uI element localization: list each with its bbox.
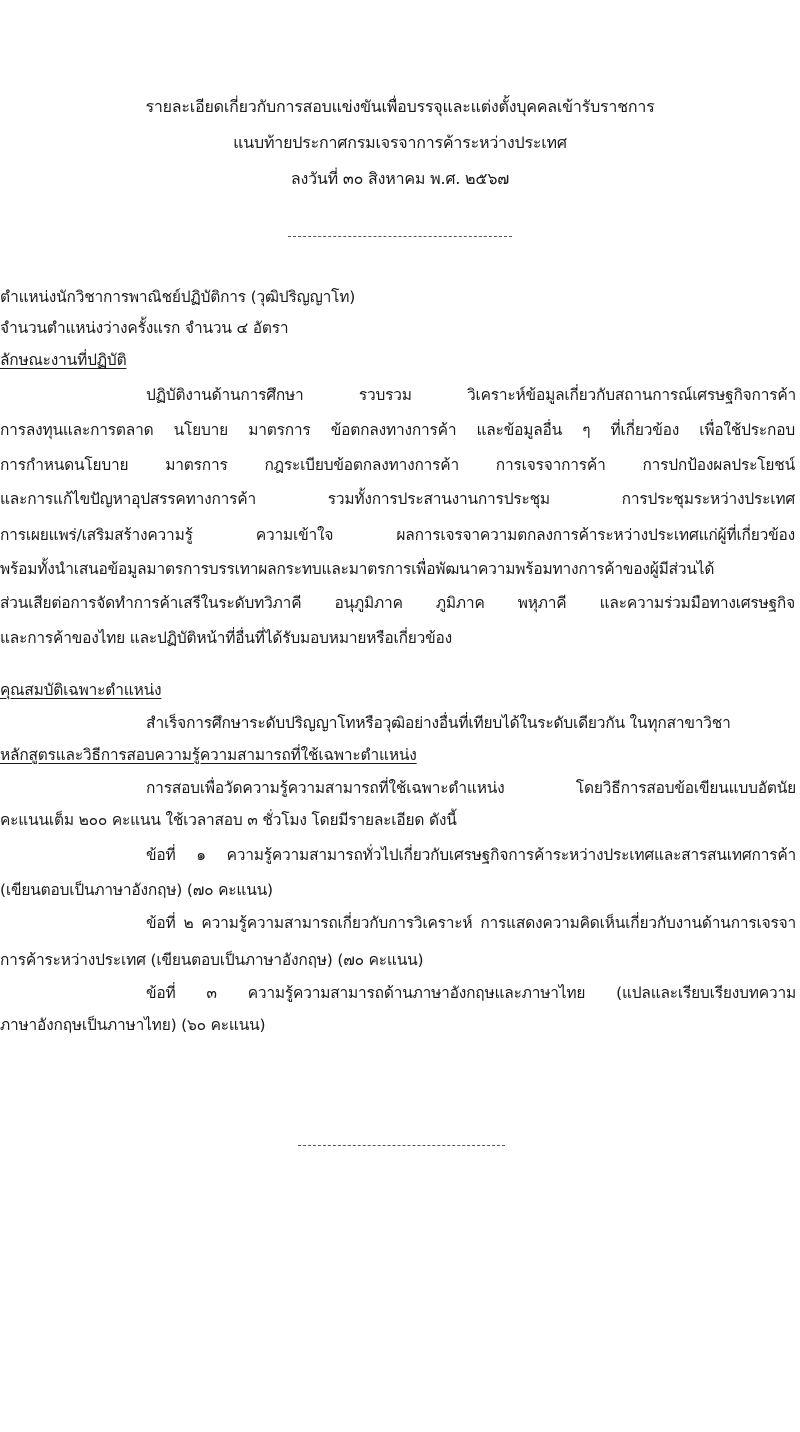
position-title: ตำแหน่งนักวิชาการพาณิชย์ปฏิบัติการ (วุฒิ… [0,287,355,307]
exam-intro-line-1: การสอบเพื่อวัดความรู้ความสามารถที่ใช้เฉพ… [146,778,796,798]
bottom-separator [298,1145,505,1146]
exam-item-3-line-2: ภาษาอังกฤษเป็นภาษาไทย) (๖๐ คะแนน) [0,1015,265,1035]
job-description-line: และการค้าของไทย และปฏิบัติหน้าที่อื่นที่… [0,628,452,648]
vacancy-count: จำนวนตำแหน่งว่างครั้งแรก จำนวน ๔ อัตรา [0,318,288,338]
job-description-line: ส่วนเสียต่อการจัดทำการค้าเสรีในระดับทวิภ… [0,593,795,613]
document-date-line: ลงวันที่ ๓๐ สิงหาคม พ.ศ. ๒๕๖๗ [0,169,800,189]
job-description-line: การเผยแพร่/เสริมสร้างความรู้ ความเข้าใจ … [0,525,795,545]
exam-item-2-line-1: ข้อที่ ๒ ความรู้ความสามารถเกี่ยวกับการวิ… [146,913,796,933]
exam-item-3-line-1: ข้อที่ ๓ ความรู้ความสามารถด้านภาษาอังกฤษ… [146,983,796,1003]
job-description-line: และการแก้ไขปัญหาอุปสรรคทางการค้า รวมทั้ง… [0,489,795,509]
job-description-heading: ลักษณะงานที่ปฏิบัติ [0,350,126,370]
exam-item-2-line-2: การค้าระหว่างประเทศ (เขียนตอบเป็นภาษาอัง… [0,950,423,970]
exam-item-1-line-1: ข้อที่ ๑ ความรู้ความสามารถทั่วไปเกี่ยวกั… [146,845,796,865]
job-description-line: พร้อมทั้งนำเสนอข้อมูลมาตรการบรรเทาผลกระท… [0,559,795,579]
qualifications-heading: คุณสมบัติเฉพาะตำแหน่ง [0,680,161,700]
top-separator [288,236,512,237]
document-title-line-2: แนบท้ายประกาศกรมเจรจาการค้าระหว่างประเทศ [0,133,800,153]
job-description-line: การกำหนดนโยบาย มาตรการ กฎระเบียบข้อตกลงท… [0,455,795,475]
qualifications-text: สำเร็จการศึกษาระดับปริญญาโทหรือวุฒิอย่าง… [146,713,731,733]
document-page: รายละเอียดเกี่ยวกับการสอบแข่งขันเพื่อบรร… [0,0,800,1432]
job-description-line: การลงทุนและการตลาด นโยบาย มาตรการ ข้อตกล… [0,420,795,440]
job-description-line: ปฏิบัติงานด้านการศึกษา รวบรวม วิเคราะห์ข… [146,385,796,405]
exam-intro-line-2: คะแนนเต็ม ๒๐๐ คะแนน ใช้เวลาสอบ ๓ ชั่วโมง… [0,810,457,830]
document-title-line-1: รายละเอียดเกี่ยวกับการสอบแข่งขันเพื่อบรร… [0,97,800,117]
exam-item-1-line-2: (เขียนตอบเป็นภาษาอังกฤษ) (๗๐ คะแนน) [0,880,273,900]
exam-heading: หลักสูตรและวิธีการสอบความรู้ความสามารถที… [0,745,417,765]
